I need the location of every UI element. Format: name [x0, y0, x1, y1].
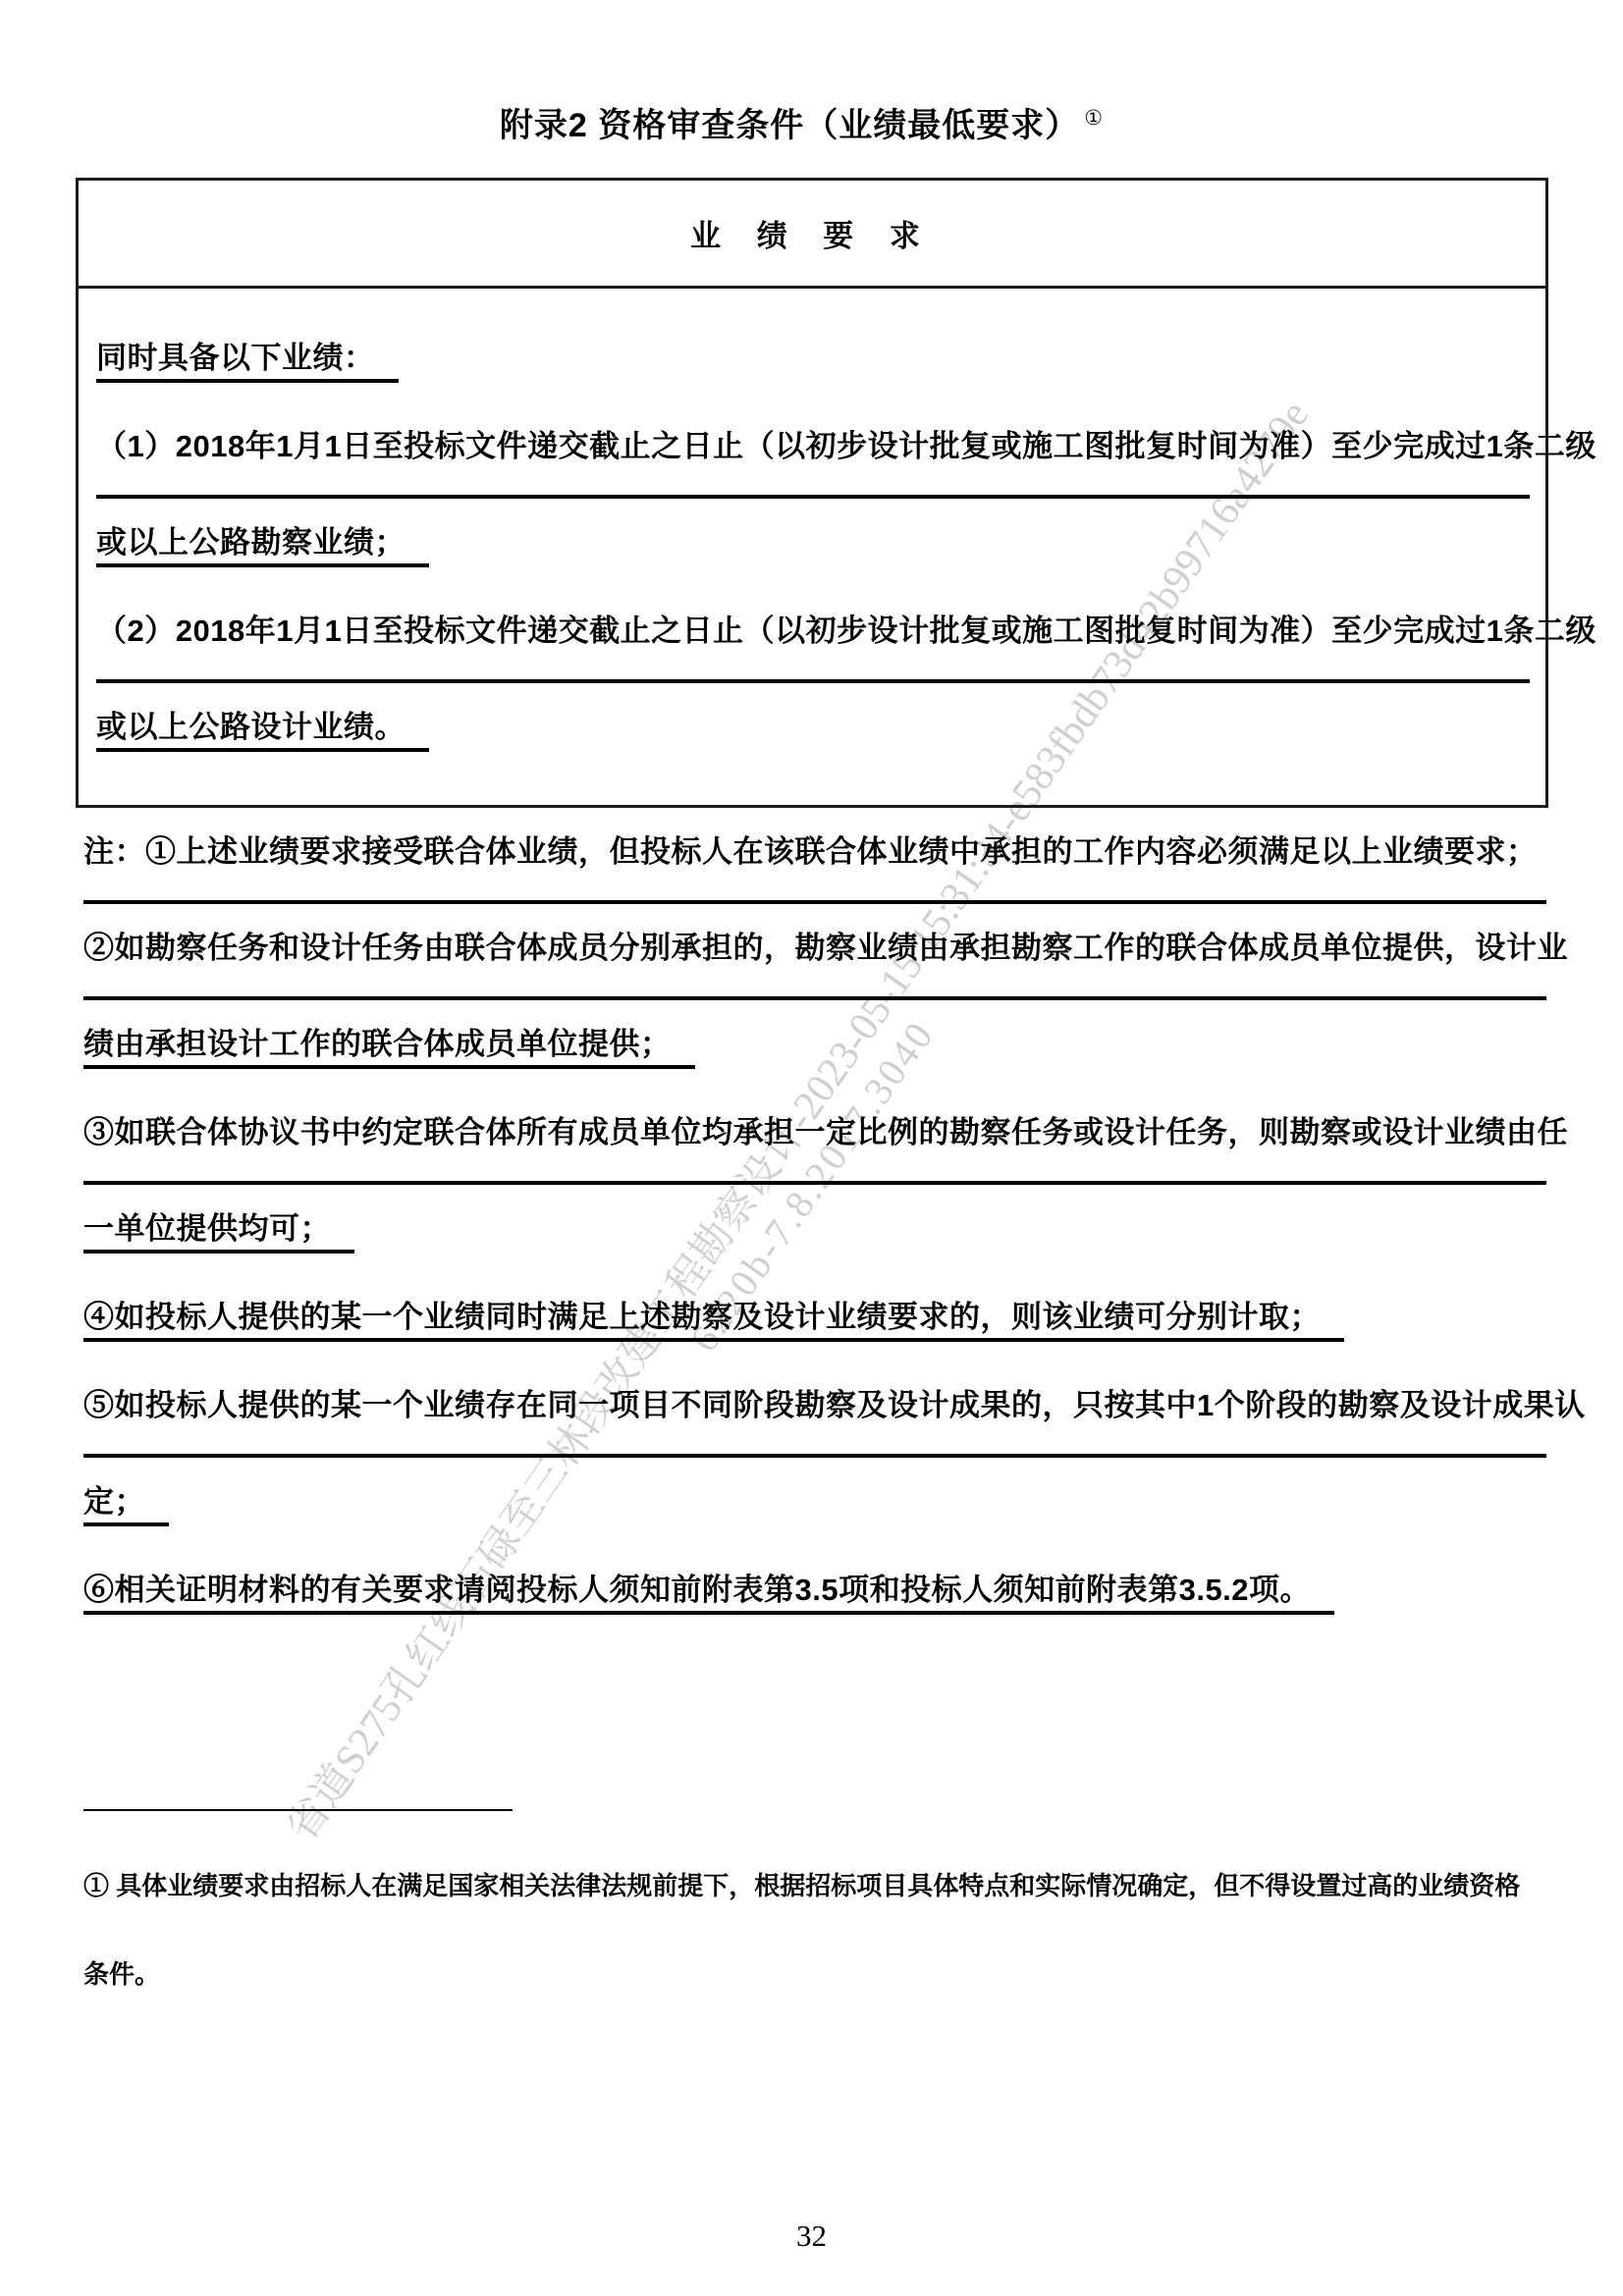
note-line-text: 一单位提供均可； [83, 1211, 354, 1254]
note-line-text: ④如投标人提供的某一个业绩同时满足上述勘察及设计业绩要求的，则该业绩可分别计取； [83, 1300, 1344, 1342]
performance-requirements-table: 业 绩 要 求 同时具备以下业绩： （1）2018年1月1日至投标文件递交截止之… [76, 178, 1548, 808]
table-header-cell: 业 绩 要 求 [79, 181, 1545, 289]
table-line: 同时具备以下业绩： [96, 314, 1530, 402]
note-line-text: ⑥相关证明材料的有关要求请阅投标人须知前附表第3.5项和投标人须知前附表第3.5… [83, 1573, 1334, 1615]
note-line: 定； [83, 1458, 1546, 1546]
note-line: ⑤如投标人提供的某一个业绩存在同一项目不同阶段勘察及设计成果的，只按其中1个阶段… [83, 1362, 1546, 1458]
note-line-text: 定； [83, 1484, 169, 1526]
table-line-text: 同时具备以下业绩： [96, 341, 399, 383]
table-line-text: （2）2018年1月1日至投标文件递交截止之日止（以初步设计批复或施工图批复时间… [96, 587, 1530, 683]
page-title-text: 附录2 资格审查条件（业绩最低要求） [500, 107, 1079, 144]
note-line: ②如勘察任务和设计任务由联合体成员分别承担的，勘察业绩由承担勘察工作的联合体成员… [83, 904, 1546, 1000]
table-line: （2）2018年1月1日至投标文件递交截止之日止（以初步设计批复或施工图批复时间… [96, 587, 1530, 683]
note-line: 绩由承担设计工作的联合体成员单位提供； [83, 1000, 1546, 1089]
note-line-text: 绩由承担设计工作的联合体成员单位提供； [83, 1027, 695, 1069]
table-line-text: 或以上公路设计业绩。 [96, 710, 429, 752]
document-page: 省道S275孔红线石碌至三林段改建工程勘察设计-2023-05-15 15:31… [0, 0, 1623, 2296]
page-number: 32 [0, 2218, 1623, 2254]
footnote-line: 条件。 [83, 1930, 1546, 2018]
footnote-separator [83, 1809, 513, 1811]
table-line: （1）2018年1月1日至投标文件递交截止之日止（以初步设计批复或施工图批复时间… [96, 402, 1530, 499]
notes-section: 注：①上述业绩要求接受联合体业绩，但投标人在该联合体业绩中承担的工作内容必须满足… [83, 808, 1546, 1634]
table-body-cell: 同时具备以下业绩： （1）2018年1月1日至投标文件递交截止之日止（以初步设计… [79, 289, 1545, 772]
note-line: ③如联合体协议书中约定联合体所有成员单位均承担一定比例的勘察任务或设计任务，则勘… [83, 1089, 1546, 1185]
footnote-section: ① 具体业绩要求由招标人在满足国家相关法律法规前提下，根据招标项目具体特点和实际… [83, 1842, 1546, 2018]
table-line-text: （1）2018年1月1日至投标文件递交截止之日止（以初步设计批复或施工图批复时间… [96, 402, 1530, 499]
note-line-text: ③如联合体协议书中约定联合体所有成员单位均承担一定比例的勘察任务或设计任务，则勘… [83, 1089, 1546, 1185]
table-header-label: 业 绩 要 求 [690, 211, 934, 255]
table-line-text: 或以上公路勘察业绩； [96, 525, 429, 567]
page-title: 附录2 资格审查条件（业绩最低要求）① [0, 98, 1623, 146]
footnote-line: ① 具体业绩要求由招标人在满足国家相关法律法规前提下，根据招标项目具体特点和实际… [83, 1842, 1546, 1930]
note-line-text: ⑤如投标人提供的某一个业绩存在同一项目不同阶段勘察及设计成果的，只按其中1个阶段… [83, 1362, 1546, 1458]
note-line: ④如投标人提供的某一个业绩同时满足上述勘察及设计业绩要求的，则该业绩可分别计取； [83, 1273, 1546, 1362]
table-line: 或以上公路勘察业绩； [96, 499, 1530, 587]
note-line: 注：①上述业绩要求接受联合体业绩，但投标人在该联合体业绩中承担的工作内容必须满足… [83, 808, 1546, 904]
title-footnote-ref: ① [1084, 107, 1104, 130]
table-line: 或以上公路设计业绩。 [96, 683, 1530, 772]
note-line-text: 注：①上述业绩要求接受联合体业绩，但投标人在该联合体业绩中承担的工作内容必须满足… [83, 808, 1546, 904]
note-line-text: ②如勘察任务和设计任务由联合体成员分别承担的，勘察业绩由承担勘察工作的联合体成员… [83, 904, 1546, 1000]
note-line: ⑥相关证明材料的有关要求请阅投标人须知前附表第3.5项和投标人须知前附表第3.5… [83, 1546, 1546, 1634]
note-line: 一单位提供均可； [83, 1185, 1546, 1273]
